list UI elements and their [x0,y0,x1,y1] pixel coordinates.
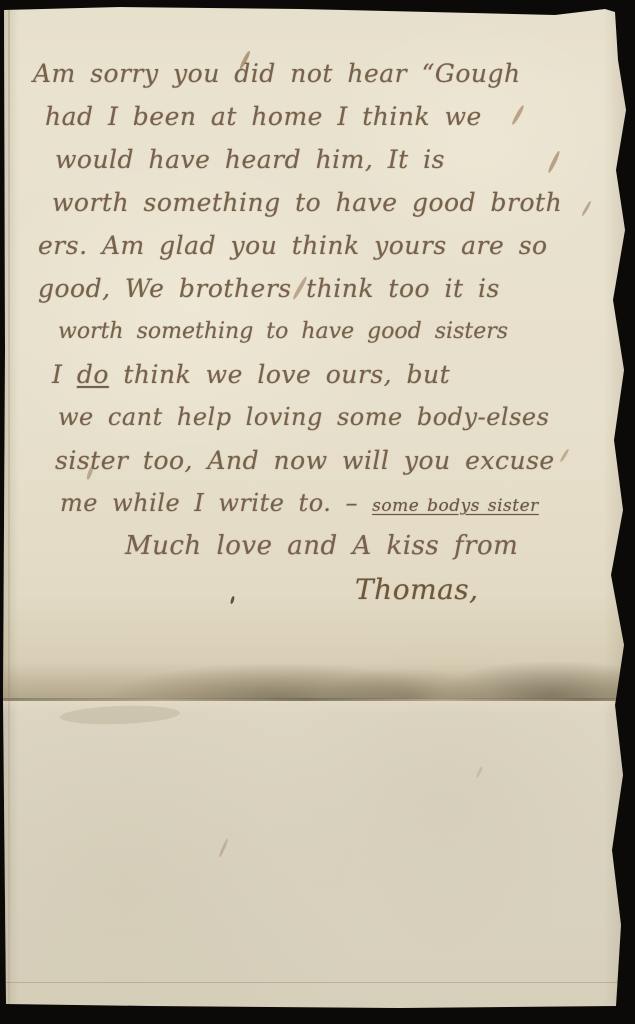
scanner-background: Am sorry you did not hear “Gough had I b… [0,0,635,1024]
bottom-crease [4,982,621,983]
letter-line: we cant help loving some body-elses [0,396,615,439]
paper-stain [476,766,484,778]
underlined-phrase: some bodys sister [372,496,539,516]
letter-line: had I been at home I think we [0,95,615,138]
letter-line-fragment: I [52,360,77,389]
letter-line: me while I write to. – some bodys sister [0,482,615,525]
letter-line-fragment: me while I write to. – [60,489,372,517]
fold-shadow [0,662,635,699]
letter-line-fragment: think we love ours, but [109,360,450,389]
letter-body: Am sorry you did not hear “Gough had I b… [0,52,615,611]
letter-line: would have heard him, It is [0,138,615,181]
closing-line: Much love and A kiss from [0,525,615,568]
letter-line: I do think we love ours, but [0,353,615,396]
letter-line: ers. Am glad you think yours are so [0,224,615,267]
paper-stain [218,838,229,857]
letter-line: worth something to have good sisters [0,310,615,353]
letter-line: good, We brothers think too it is [0,267,615,310]
letter-line: sister too, And now will you excuse [0,439,615,482]
letter-line: Am sorry you did not hear “Gough [0,52,615,95]
letter-paper: Am sorry you did not hear “Gough had I b… [0,0,635,1024]
underlined-word: do [77,360,109,389]
signature: Thomas, [0,568,615,611]
letter-line: worth something to have good broth [0,181,615,224]
